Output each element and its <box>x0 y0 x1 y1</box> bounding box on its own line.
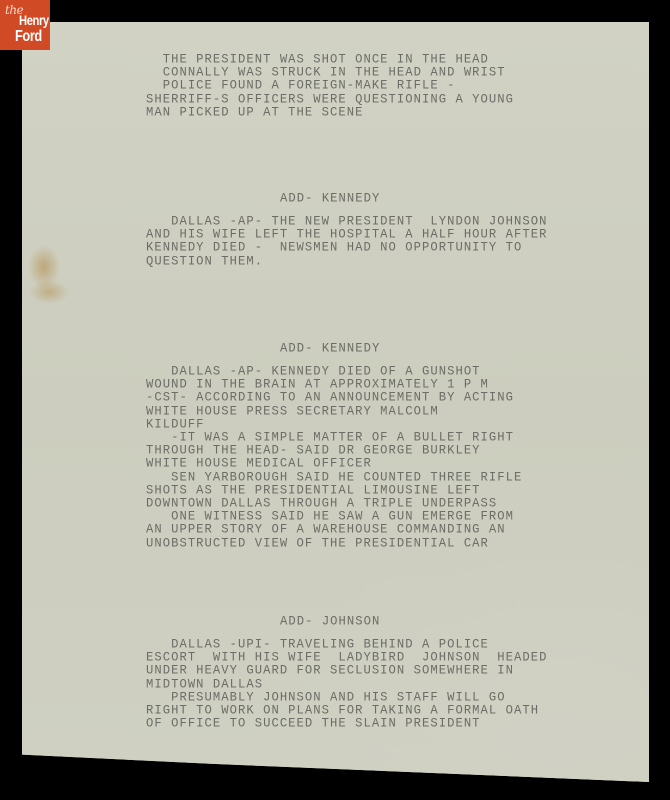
text-line: OF OFFICE TO SUCCEED THE SLAIN PRESIDENT <box>146 717 481 731</box>
text-line: UNOBSTRUCTED VIEW OF THE PRESIDENTIAL CA… <box>146 537 489 551</box>
text-line: QUESTION THEM. <box>146 255 263 269</box>
henry-ford-logo: the Henry Ford <box>0 0 50 50</box>
logo-henry: Henry <box>19 12 49 28</box>
text-line: MAN PICKED UP AT THE SCENE <box>146 106 363 120</box>
logo-ford: Ford <box>15 28 42 46</box>
section-heading: ADD- JOHNSON <box>280 615 380 629</box>
section-heading: ADD- KENNEDY <box>280 192 380 206</box>
section-heading: ADD- KENNEDY <box>280 342 380 356</box>
typewritten-page: THE PRESIDENT WAS SHOT ONCE IN THE HEAD … <box>22 22 649 782</box>
